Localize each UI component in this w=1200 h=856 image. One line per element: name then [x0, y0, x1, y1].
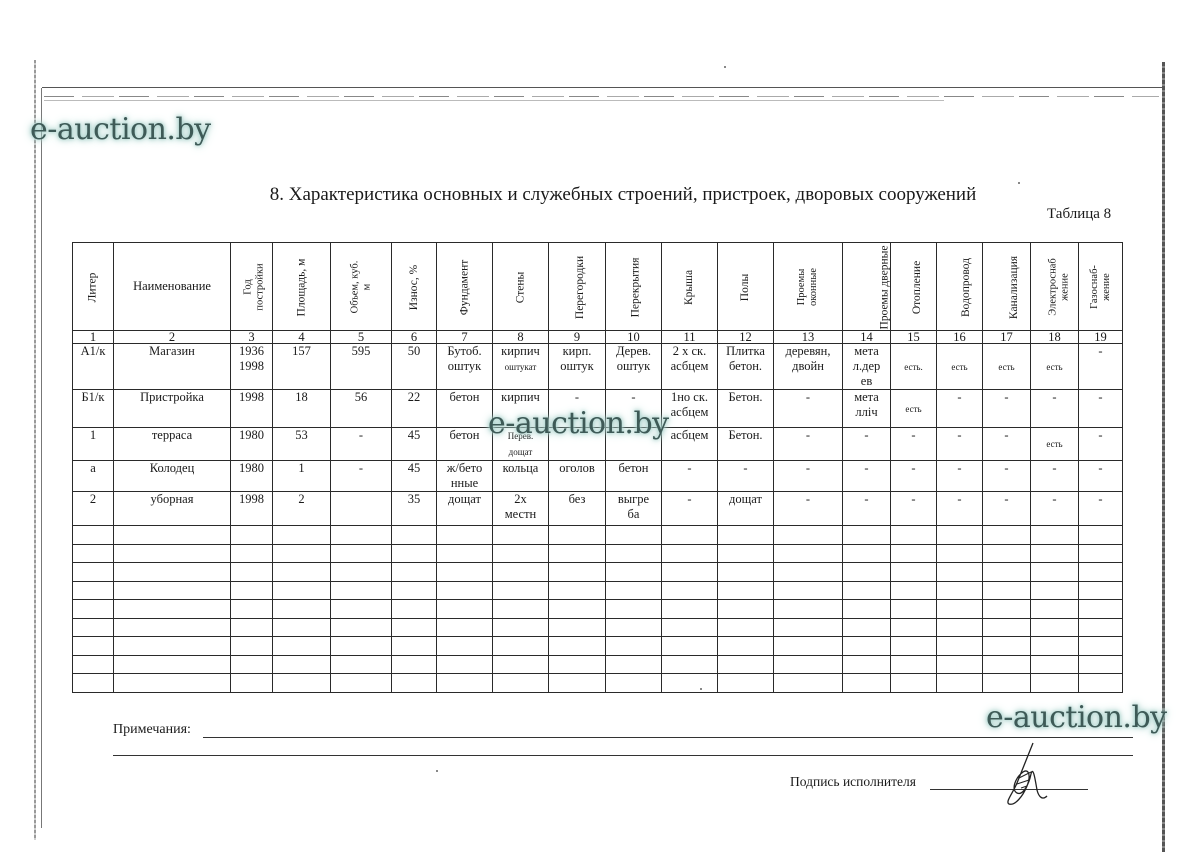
blank-cell	[392, 581, 437, 600]
table-row: аКолодец19801-45ж/бетонныекольцаоголовбе…	[73, 461, 1123, 492]
cell-floors-ceiling: Дерев.оштук	[606, 344, 662, 390]
cell-sewer: -	[983, 461, 1031, 492]
blank-cell	[891, 581, 937, 600]
blank-cell	[331, 618, 392, 637]
blank-cell	[114, 618, 231, 637]
blank-cell	[662, 618, 718, 637]
cell-electricity: есть	[1031, 428, 1079, 461]
cell-roof: -	[662, 492, 718, 526]
blank-cell	[331, 674, 392, 693]
cell-foundation: Бутоб.оштук	[437, 344, 493, 390]
blank-cell	[273, 618, 331, 637]
blank-cell	[774, 618, 843, 637]
blank-cell	[937, 526, 983, 545]
blank-cell	[1031, 563, 1079, 582]
blank-cell	[718, 600, 774, 619]
blank-cell	[662, 544, 718, 563]
cell-foundation: бетон	[437, 390, 493, 428]
blank-cell	[983, 655, 1031, 674]
header-rule	[44, 96, 1159, 97]
blank-row	[73, 655, 1123, 674]
blank-cell	[114, 544, 231, 563]
blank-cell	[549, 544, 606, 563]
blank-cell	[983, 581, 1031, 600]
blank-row	[73, 674, 1123, 693]
column-header: Проемыоконные	[774, 243, 843, 331]
cell-heating: есть.	[891, 344, 937, 390]
blank-cell	[73, 674, 114, 693]
blank-cell	[843, 655, 891, 674]
blank-cell	[1031, 526, 1079, 545]
column-header: Электроснабжение	[1031, 243, 1079, 331]
blank-cell	[983, 563, 1031, 582]
blank-cell	[73, 600, 114, 619]
cell-gas: -	[1079, 428, 1123, 461]
cell-windows: -	[774, 461, 843, 492]
blank-cell	[843, 618, 891, 637]
cell-floor: Бетон.	[718, 390, 774, 428]
blank-cell	[273, 674, 331, 693]
cell-doors: -	[843, 428, 891, 461]
cell-electricity: -	[1031, 390, 1079, 428]
blank-cell	[331, 526, 392, 545]
column-header: Крыша	[662, 243, 718, 331]
cell-roof: асбцем	[662, 428, 718, 461]
blank-cell	[774, 526, 843, 545]
blank-cell	[718, 544, 774, 563]
cell-area: 2	[273, 492, 331, 526]
blank-cell	[231, 674, 273, 693]
cell-floors-ceiling: выгреба	[606, 492, 662, 526]
cell-heating: -	[891, 428, 937, 461]
column-header: Площадь, м	[273, 243, 331, 331]
column-header-label: Износ, %	[408, 265, 421, 310]
column-header: Отопление	[891, 243, 937, 331]
notes-line	[203, 737, 1133, 738]
blank-cell	[231, 600, 273, 619]
blank-cell	[1031, 637, 1079, 656]
column-number: 9	[549, 331, 606, 344]
blank-cell	[983, 618, 1031, 637]
blank-cell	[114, 600, 231, 619]
cell-floor: Плиткабетон.	[718, 344, 774, 390]
blank-cell	[1079, 674, 1123, 693]
cell-partitions: кирп.оштук	[549, 344, 606, 390]
blank-cell	[843, 526, 891, 545]
blank-cell	[493, 674, 549, 693]
cell-water: есть	[937, 344, 983, 390]
cell-gas: -	[1079, 390, 1123, 428]
column-header-label: Площадь, м	[295, 259, 308, 317]
cell-heating: -	[891, 461, 937, 492]
column-number: 8	[493, 331, 549, 344]
column-header: Проемы дверные	[843, 243, 891, 331]
cell-foundation: бетон	[437, 428, 493, 461]
notes-line	[113, 755, 1133, 756]
blank-cell	[73, 544, 114, 563]
column-header-label: Газоснаб-жение	[1089, 265, 1113, 309]
column-header-label: Водопровод	[960, 258, 973, 317]
blank-cell	[437, 600, 493, 619]
column-header-label: Отопление	[911, 261, 924, 314]
column-header: Износ, %	[392, 243, 437, 331]
blank-cell	[273, 563, 331, 582]
column-header-label: Перекрытия	[629, 258, 642, 318]
blank-cell	[231, 581, 273, 600]
cell-floor: Бетон.	[718, 428, 774, 461]
cell-name: Магазин	[114, 344, 231, 390]
blank-cell	[662, 655, 718, 674]
column-number: 7	[437, 331, 493, 344]
blank-cell	[73, 526, 114, 545]
blank-cell	[606, 581, 662, 600]
blank-cell	[114, 563, 231, 582]
blank-cell	[231, 526, 273, 545]
cell-volume	[331, 492, 392, 526]
table-row: А1/кМагазин1936199815759550Бутоб.оштукки…	[73, 344, 1123, 390]
column-number: 3	[231, 331, 273, 344]
blank-cell	[273, 637, 331, 656]
cell-wear: 45	[392, 428, 437, 461]
blank-cell	[937, 600, 983, 619]
blank-cell	[231, 544, 273, 563]
blank-cell	[662, 674, 718, 693]
column-header-label: Перегородки	[574, 256, 587, 319]
notes-label: Примечания:	[113, 722, 191, 738]
cell-sewer: -	[983, 428, 1031, 461]
blank-cell	[73, 637, 114, 656]
blank-cell	[1079, 526, 1123, 545]
blank-cell	[437, 674, 493, 693]
cell-partitions: без	[549, 492, 606, 526]
blank-cell	[937, 544, 983, 563]
blank-cell	[549, 600, 606, 619]
blank-cell	[392, 674, 437, 693]
blank-cell	[718, 674, 774, 693]
blank-cell	[114, 637, 231, 656]
cell-electricity: -	[1031, 492, 1079, 526]
cell-liter: а	[73, 461, 114, 492]
blank-cell	[1079, 544, 1123, 563]
blank-cell	[843, 674, 891, 693]
blank-cell	[437, 581, 493, 600]
blank-cell	[549, 637, 606, 656]
blank-cell	[983, 600, 1031, 619]
column-header-label: Объем, куб.м	[349, 260, 373, 313]
blank-cell	[549, 581, 606, 600]
cell-foundation: ж/бетонные	[437, 461, 493, 492]
blank-cell	[114, 674, 231, 693]
cell-sewer: есть	[983, 344, 1031, 390]
blank-cell	[549, 526, 606, 545]
blank-cell	[843, 581, 891, 600]
blank-cell	[231, 655, 273, 674]
blank-cell	[493, 544, 549, 563]
blank-cell	[493, 637, 549, 656]
blank-cell	[891, 674, 937, 693]
blank-row	[73, 600, 1123, 619]
cell-area: 18	[273, 390, 331, 428]
column-header: Перекрытия	[606, 243, 662, 331]
blank-cell	[937, 581, 983, 600]
cell-gas: -	[1079, 492, 1123, 526]
blank-cell	[273, 526, 331, 545]
cell-volume: 56	[331, 390, 392, 428]
cell-volume: 595	[331, 344, 392, 390]
blank-cell	[392, 544, 437, 563]
blank-cell	[1031, 618, 1079, 637]
blank-cell	[331, 544, 392, 563]
blank-row	[73, 581, 1123, 600]
blank-cell	[493, 526, 549, 545]
column-header-label: Проемы дверные	[878, 246, 890, 330]
cell-sewer: -	[983, 390, 1031, 428]
buildings-table: ЛитерНаименованиеГодпостройкиПлощадь, мО…	[72, 242, 1123, 693]
blank-cell	[774, 563, 843, 582]
blank-cell	[937, 563, 983, 582]
blank-cell	[493, 600, 549, 619]
cell-area: 157	[273, 344, 331, 390]
blank-row	[73, 618, 1123, 637]
blank-cell	[937, 618, 983, 637]
blank-cell	[392, 618, 437, 637]
column-header: Наименование	[114, 243, 231, 331]
column-number: 5	[331, 331, 392, 344]
cell-windows: -	[774, 428, 843, 461]
blank-row	[73, 637, 1123, 656]
blank-cell	[718, 637, 774, 656]
blank-cell	[493, 563, 549, 582]
blank-cell	[231, 637, 273, 656]
column-header-label: Крыша	[683, 270, 696, 305]
cell-volume: -	[331, 461, 392, 492]
column-header-label: Литер	[87, 273, 100, 303]
blank-cell	[843, 600, 891, 619]
cell-foundation: дощат	[437, 492, 493, 526]
blank-cell	[392, 637, 437, 656]
blank-cell	[983, 674, 1031, 693]
header-rule	[44, 100, 944, 101]
column-header: Объем, куб.м	[331, 243, 392, 331]
cell-doors: метал.дерев	[843, 344, 891, 390]
cell-heating: -	[891, 492, 937, 526]
cell-wear: 35	[392, 492, 437, 526]
blank-cell	[231, 563, 273, 582]
blank-cell	[606, 637, 662, 656]
column-number: 13	[774, 331, 843, 344]
watermark: e-auction.by	[488, 406, 669, 441]
column-header: Канализация	[983, 243, 1031, 331]
cell-doors: металліч	[843, 390, 891, 428]
column-number: 6	[392, 331, 437, 344]
blank-cell	[273, 600, 331, 619]
cell-gas: -	[1079, 344, 1123, 390]
column-header: Литер	[73, 243, 114, 331]
blank-cell	[718, 655, 774, 674]
blank-cell	[1031, 600, 1079, 619]
blank-cell	[1079, 581, 1123, 600]
blank-row	[73, 544, 1123, 563]
blank-cell	[331, 581, 392, 600]
blank-cell	[662, 600, 718, 619]
blank-cell	[891, 526, 937, 545]
blank-cell	[937, 655, 983, 674]
blank-cell	[73, 655, 114, 674]
blank-cell	[891, 618, 937, 637]
cell-floor: дощат	[718, 492, 774, 526]
column-header: Перегородки	[549, 243, 606, 331]
column-number: 17	[983, 331, 1031, 344]
table-label: Таблица 8	[1047, 206, 1111, 223]
blank-cell	[549, 655, 606, 674]
cell-wear: 22	[392, 390, 437, 428]
cell-partitions: оголов	[549, 461, 606, 492]
blank-cell	[983, 544, 1031, 563]
blank-cell	[1031, 544, 1079, 563]
blank-cell	[1079, 655, 1123, 674]
cell-walls: 2хместн	[493, 492, 549, 526]
column-number: 16	[937, 331, 983, 344]
blank-cell	[549, 563, 606, 582]
scan-speck	[724, 66, 726, 68]
column-header: Стены	[493, 243, 549, 331]
blank-cell	[493, 581, 549, 600]
blank-cell	[1079, 618, 1123, 637]
blank-cell	[718, 526, 774, 545]
cell-water: -	[937, 428, 983, 461]
cell-year: 1998	[231, 492, 273, 526]
blank-cell	[662, 563, 718, 582]
cell-year: 1980	[231, 461, 273, 492]
cell-walls: кольца	[493, 461, 549, 492]
cell-floor: -	[718, 461, 774, 492]
column-header: Годпостройки	[231, 243, 273, 331]
blank-cell	[392, 563, 437, 582]
blank-cell	[843, 544, 891, 563]
column-number: 19	[1079, 331, 1123, 344]
blank-cell	[437, 655, 493, 674]
blank-cell	[73, 581, 114, 600]
blank-cell	[437, 618, 493, 637]
scan-speck	[700, 688, 702, 690]
cell-windows: -	[774, 492, 843, 526]
cell-doors: -	[843, 492, 891, 526]
blank-cell	[437, 544, 493, 563]
cell-windows: -	[774, 390, 843, 428]
blank-cell	[493, 618, 549, 637]
blank-cell	[843, 637, 891, 656]
signature-label: Подпись исполнителя	[790, 774, 916, 790]
cell-name: Пристройка	[114, 390, 231, 428]
table-row: 2уборная1998235дощат2хместнбезвыгреба-до…	[73, 492, 1123, 526]
cell-water: -	[937, 461, 983, 492]
blank-cell	[1031, 674, 1079, 693]
blank-cell	[983, 637, 1031, 656]
blank-cell	[437, 637, 493, 656]
blank-cell	[1031, 581, 1079, 600]
cell-water: -	[937, 390, 983, 428]
blank-cell	[114, 526, 231, 545]
blank-cell	[392, 600, 437, 619]
blank-cell	[662, 637, 718, 656]
column-header-label: Полы	[739, 274, 752, 301]
cell-sewer: -	[983, 492, 1031, 526]
blank-cell	[114, 581, 231, 600]
blank-cell	[549, 674, 606, 693]
cell-floors-ceiling: бетон	[606, 461, 662, 492]
cell-heating: есть	[891, 390, 937, 428]
column-header-label: Фундамент	[458, 260, 471, 316]
blank-cell	[606, 600, 662, 619]
cell-area: 1	[273, 461, 331, 492]
blank-cell	[843, 563, 891, 582]
blank-cell	[937, 637, 983, 656]
cell-windows: деревян,двойн	[774, 344, 843, 390]
column-header-label: Электроснабжение	[1048, 258, 1072, 315]
cell-electricity: есть	[1031, 344, 1079, 390]
blank-row	[73, 563, 1123, 582]
blank-cell	[331, 655, 392, 674]
blank-cell	[73, 618, 114, 637]
column-header: Полы	[718, 243, 774, 331]
column-header-label: Канализация	[1008, 256, 1021, 319]
blank-cell	[891, 637, 937, 656]
cell-liter: Б1/к	[73, 390, 114, 428]
cell-liter: 2	[73, 492, 114, 526]
column-number-row: 12345678910111213141516171819	[73, 331, 1123, 344]
blank-cell	[1079, 600, 1123, 619]
column-number: 14	[843, 331, 891, 344]
blank-cell	[606, 655, 662, 674]
cell-roof: 1но ск.асбцем	[662, 390, 718, 428]
blank-cell	[937, 674, 983, 693]
scan-edge-left	[34, 60, 36, 840]
cell-wear: 50	[392, 344, 437, 390]
cell-roof: 2 х ск.асбцем	[662, 344, 718, 390]
blank-cell	[718, 563, 774, 582]
blank-cell	[774, 600, 843, 619]
header-row: ЛитерНаименованиеГодпостройкиПлощадь, мО…	[73, 243, 1123, 331]
signature-mark	[995, 738, 1055, 808]
blank-cell	[331, 563, 392, 582]
blank-cell	[774, 655, 843, 674]
blank-cell	[718, 618, 774, 637]
cell-year: 1998	[231, 390, 273, 428]
cell-name: терраса	[114, 428, 231, 461]
column-header: Фундамент	[437, 243, 493, 331]
cell-roof: -	[662, 461, 718, 492]
blank-cell	[273, 544, 331, 563]
blank-cell	[774, 544, 843, 563]
cell-liter: 1	[73, 428, 114, 461]
blank-cell	[662, 526, 718, 545]
blank-cell	[437, 563, 493, 582]
blank-cell	[1079, 637, 1123, 656]
cell-name: Колодец	[114, 461, 231, 492]
blank-cell	[891, 655, 937, 674]
cell-liter: А1/к	[73, 344, 114, 390]
cell-walls: кирпичоштукат	[493, 344, 549, 390]
scan-speck	[1018, 182, 1020, 184]
column-number: 15	[891, 331, 937, 344]
blank-cell	[1031, 655, 1079, 674]
column-header-label: Стены	[514, 272, 527, 304]
column-header-label: Годпостройки	[243, 263, 267, 310]
blank-cell	[891, 563, 937, 582]
blank-cell	[549, 618, 606, 637]
column-number: 10	[606, 331, 662, 344]
blank-cell	[662, 581, 718, 600]
